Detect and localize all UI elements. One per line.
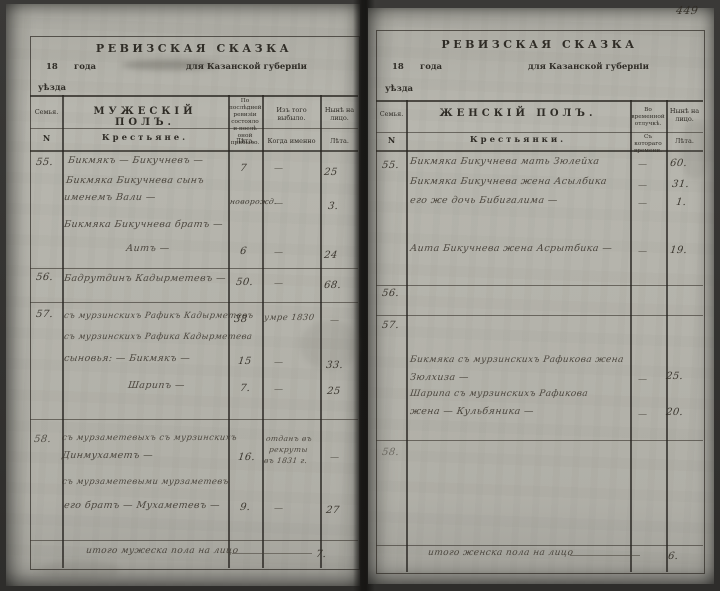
right-header-since: Съ котораго времени. (631, 134, 665, 155)
gridline (666, 100, 668, 572)
entry-line: съ мурзаметевыхъ съ мурзинскихъ (61, 433, 237, 443)
ink-dash: — (273, 248, 284, 258)
left-year-prefix: 18 (46, 62, 58, 72)
age-value: 19. (669, 245, 687, 256)
folio-number: 449 (675, 4, 699, 17)
entry-line: Бикмяка съ мурзинскихъ Рафикова жена (409, 355, 624, 365)
left-header-years-now: Лѣта. (322, 137, 357, 145)
ink-dash: — (329, 453, 340, 463)
gridline (30, 128, 358, 129)
left-header-when: Когда именно (264, 137, 319, 145)
left-year-word: года (74, 62, 96, 72)
ink-dash: — (637, 181, 648, 191)
left-province-line: для Казанской губерніи (186, 62, 307, 72)
gridline (376, 285, 703, 286)
age-prev: 16. (237, 452, 255, 463)
right-total-value: 6. (667, 551, 679, 562)
entry-line: Шарипа съ мурзинскихъ Рафикова (409, 389, 588, 399)
ink-dash: — (637, 160, 648, 170)
entry-line: Аитъ — (125, 243, 170, 254)
ink-dash: — (637, 410, 648, 420)
row-number: 57. (35, 309, 53, 320)
left-header-family: Семья. (31, 108, 62, 116)
age-value: 1. (675, 197, 687, 208)
entry-line: Бадрутдинъ Кадырметевъ — (63, 273, 226, 284)
left-header-years-prev: Лѣта. (229, 137, 261, 145)
departed-note: отданъ въ (265, 434, 312, 443)
gridline (262, 95, 264, 568)
entry-line: Бикмяка Бикучнева мать Зюлейха (409, 156, 600, 167)
entry-line: его братъ — Мухаметевъ — (63, 500, 220, 511)
entry-line: Бикмякъ — Бикучневъ — (67, 155, 204, 166)
departed-note: умре 1830 (263, 313, 315, 323)
gridline (630, 100, 632, 572)
right-header-sex: ЖЕНСКІЙ ПОЛЪ. (406, 108, 630, 119)
right-page-title: РЕВИЗСКАЯ СКАЗКА (376, 38, 703, 51)
left-total-value: 7. (315, 549, 327, 560)
left-page-title: РЕВИЗСКАЯ СКАЗКА (30, 42, 358, 55)
left-header-present: Нынѣ на лицо. (322, 106, 357, 122)
ink-dash: — (637, 247, 648, 257)
right-uezd-label: уѣзда (385, 84, 413, 94)
age-prev: 9. (239, 502, 251, 513)
age-prev: 7 (239, 163, 247, 174)
age-prev: 38 (233, 314, 248, 325)
row-number: 55. (381, 160, 399, 171)
age-value: 20. (665, 407, 683, 418)
entry-line: его же дочь Бибигалима — (409, 195, 558, 206)
age-prev: 7. (239, 383, 251, 394)
entry-line: съ мурзинскихъ Рафикъ Кадырметевъ (63, 311, 254, 321)
gridline (30, 150, 358, 152)
entry-line: именемъ Вали — (63, 192, 156, 203)
row-number: 58. (33, 434, 51, 445)
right-year-prefix: 18 (392, 62, 404, 72)
gridline (376, 100, 703, 102)
gridline (30, 419, 358, 420)
age-now: 24 (323, 250, 338, 261)
left-header-n: N (31, 133, 62, 143)
left-header-sex: МУЖЕСКІЙ ПОЛЪ. (62, 106, 228, 128)
age-now: 3. (327, 201, 339, 212)
entry-line: жена — Кульбяника — (409, 406, 534, 417)
ink-dash: — (273, 164, 284, 174)
left-header-departed: Изъ того выбыло. (264, 106, 319, 122)
entry-line: Аита Бикучнева жена Асрытбика — (409, 243, 613, 254)
row-number: 57. (381, 320, 399, 331)
entry-line: сыновья: — Бикмякъ — (63, 353, 191, 364)
entry-line: Шарипъ — (127, 380, 185, 391)
gridline (30, 95, 358, 97)
age-prev: 6 (239, 246, 247, 257)
right-header-n: N (377, 135, 406, 145)
row-number: 56. (35, 272, 53, 283)
gridline (30, 540, 358, 541)
right-header-people: Крестьянки. (406, 135, 630, 145)
age-now: 27 (325, 505, 340, 516)
gridline (376, 440, 703, 441)
row-number: 58. (381, 447, 399, 458)
gridline (30, 268, 358, 269)
paper-stain (300, 320, 360, 370)
left-header-people: Крестьяне. (62, 133, 228, 143)
entry-line: съ мурзаметевыми мурзаметевъ (61, 477, 229, 487)
ink-dash: — (273, 358, 284, 368)
left-total-label: итого мужеска пола на лицо (85, 546, 239, 556)
right-header-family: Семья. (377, 110, 406, 118)
entry-line: Зюлхиза — (409, 372, 469, 383)
right-province-line: для Казанской губерніи (528, 62, 649, 72)
ink-dash: — (637, 199, 648, 209)
gridline (30, 302, 358, 303)
revision-list-scan: РЕВИЗСКАЯ СКАЗКА 18 года для Казанской г… (0, 0, 720, 591)
age-now: 25 (323, 167, 338, 178)
age-prev: новорожд. (229, 197, 277, 206)
departed-note: рекруты (268, 445, 308, 454)
paper-stain (40, 560, 120, 580)
row-number: 56. (381, 288, 399, 299)
gridline (376, 315, 703, 316)
entry-line: Бикмяка Бикучнева братъ — (63, 219, 223, 230)
entry-line: Бикмяка Бикучнева сынъ (65, 175, 204, 186)
ink-dash: — (273, 199, 284, 209)
gridline (376, 545, 703, 546)
ink-rule (570, 555, 640, 556)
gridline (376, 132, 703, 133)
ink-dash: — (273, 279, 284, 289)
right-header-away: Во временной отлучкѣ. (631, 107, 665, 128)
right-year-word: года (420, 62, 442, 72)
departed-note: въ 1831 г. (263, 456, 308, 465)
age-value: 31. (671, 179, 689, 190)
entry-line: Динмухаметъ — (61, 450, 153, 461)
ink-rule (232, 553, 312, 554)
age-prev: 50. (235, 277, 253, 288)
ink-dash: — (637, 375, 648, 385)
age-value: 25. (665, 371, 683, 382)
gridline (406, 100, 408, 572)
paper-stain (680, 120, 710, 180)
ink-dash: — (273, 385, 284, 395)
entry-line: Бикмяка Бикучнева жена Асылбика (409, 176, 607, 187)
age-now: 68. (323, 280, 341, 291)
age-prev: 15 (237, 356, 252, 367)
ink-dash: — (273, 504, 284, 514)
row-number: 55. (35, 157, 53, 168)
left-uezd-label: уѣзда (38, 83, 66, 93)
right-total-label: итого женска пола на лицо (427, 548, 573, 558)
age-now: 25 (326, 386, 341, 397)
entry-line: съ мурзинскихъ Рафика Кадырметева (63, 332, 253, 342)
